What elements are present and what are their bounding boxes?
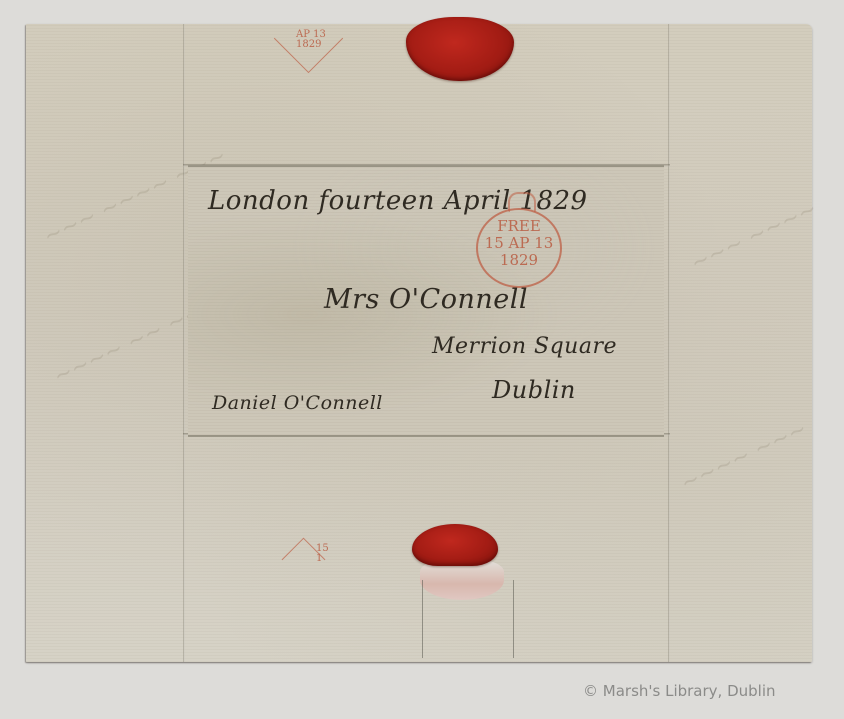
fold-line-left: [183, 24, 185, 662]
crown-icon: [508, 192, 536, 212]
show-through-writing: ~~~~ ~~~: [677, 416, 811, 496]
addressee-city: Dublin: [492, 376, 576, 404]
free-postmark: FREE 15 AP 13 1829: [476, 208, 562, 288]
franking-signature: Daniel O'Connell: [212, 392, 383, 414]
fold-line-right: [668, 24, 670, 662]
show-through-writing: ~~~ ~~~~: [687, 196, 821, 276]
triangle-postmark-bottom-text: 15 1: [316, 544, 329, 564]
wax-seal-bottom: [412, 524, 498, 566]
copyright-credit: © Marsh's Library, Dublin: [583, 682, 776, 700]
addressee-name: Mrs O'Connell: [324, 284, 528, 315]
triangle-postmark-top-text: AP 13 1829: [296, 30, 326, 50]
letter-paper: ~~~ ~~~~ ~~~ ~~~~ ~~ ~~~~ ~~~ ~~~~ ~~~~ …: [26, 24, 812, 662]
addressee-street: Merrion Square: [432, 334, 617, 359]
seal-flap-outline: [422, 580, 514, 658]
